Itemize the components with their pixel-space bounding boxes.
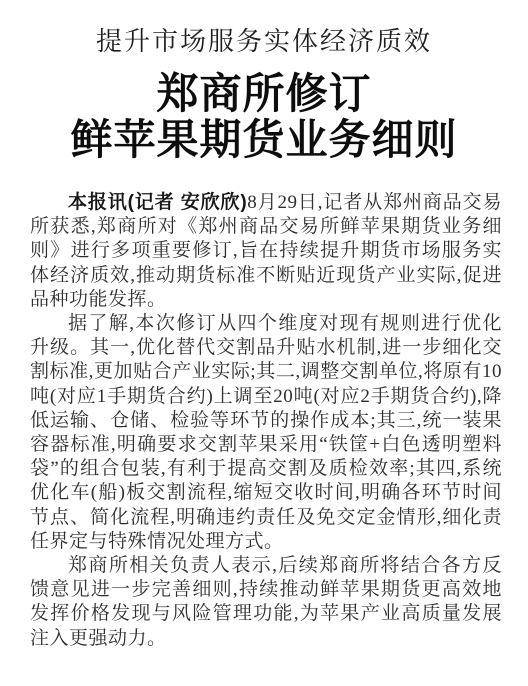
article-body: 本报讯(记者 安欣欣)8月29日,记者从郑州商品交易所获悉,郑商所对《郑州商品交… bbox=[30, 191, 502, 651]
headline-line-1: 郑商所修订 bbox=[0, 71, 528, 117]
byline-lead: 本报讯(记者 安欣欣) bbox=[68, 192, 247, 213]
main-headline: 郑商所修订 鲜苹果期货业务细则 bbox=[0, 71, 528, 163]
paragraph-2: 据了解,本次修订从四个维度对现有规则进行优化升级。其一,优化替代交割品升贴水机制… bbox=[30, 312, 502, 554]
paragraph-3-text: 郑商所相关负责人表示,后续郑商所将结合各方反馈意见进一步完善细则,持续推动鲜苹果… bbox=[30, 555, 502, 649]
kicker-headline: 提升市场服务实体经济质效 bbox=[0, 0, 528, 56]
paragraph-2-text: 据了解,本次修订从四个维度对现有规则进行优化升级。其一,优化替代交割品升贴水机制… bbox=[30, 313, 502, 552]
newspaper-article-clipping: 提升市场服务实体经济质效 郑商所修订 鲜苹果期货业务细则 本报讯(记者 安欣欣)… bbox=[0, 0, 528, 686]
headline-line-2: 鲜苹果期货业务细则 bbox=[0, 117, 528, 163]
paragraph-1: 本报讯(记者 安欣欣)8月29日,记者从郑州商品交易所获悉,郑商所对《郑州商品交… bbox=[30, 191, 502, 312]
paragraph-3: 郑商所相关负责人表示,后续郑商所将结合各方反馈意见进一步完善细则,持续推动鲜苹果… bbox=[30, 554, 502, 651]
